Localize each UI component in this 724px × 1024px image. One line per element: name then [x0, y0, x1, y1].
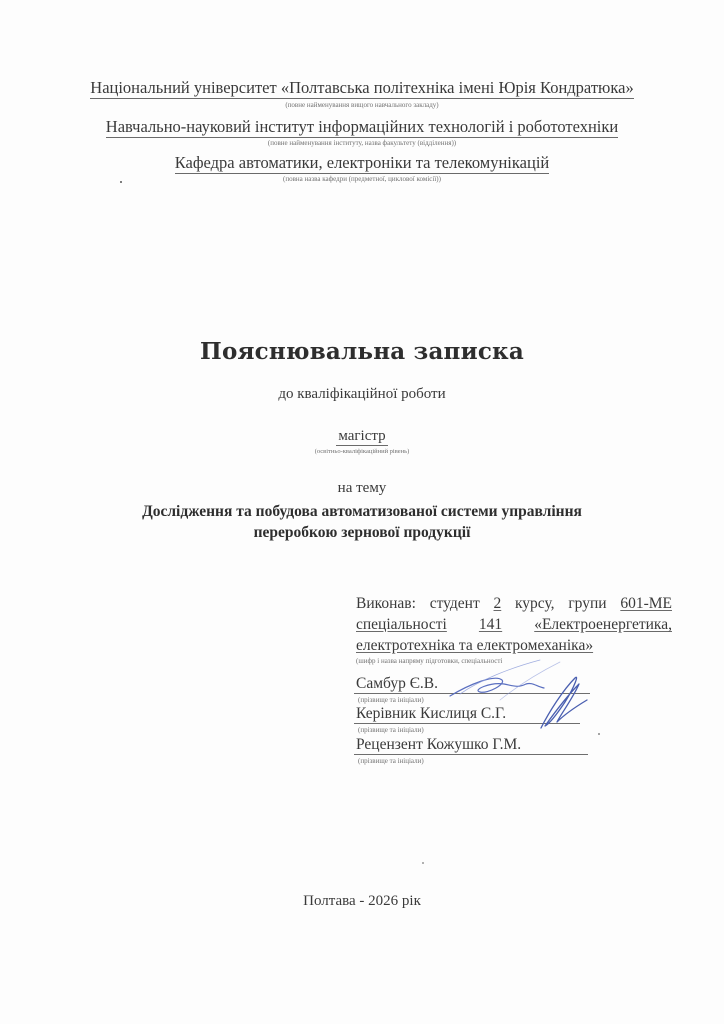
document-subtitle: до кваліфікаційної роботи: [0, 386, 724, 403]
author-line-1: Виконав: студент 2 курсу, групи 601-МЕ: [356, 593, 672, 614]
degree-value: магістр: [336, 428, 387, 446]
group-code: 601-МЕ: [620, 593, 672, 614]
institute-block: Навчально-науковий інститут інформаційни…: [0, 118, 724, 138]
label-completed: Виконав:: [356, 593, 416, 614]
institute-name: Навчально-науковий інститут інформаційни…: [106, 118, 618, 138]
department-hint: (повна назва кафедри (предметної, циклов…: [0, 175, 724, 184]
department-block: Кафедра автоматики, електроніки та телек…: [0, 154, 724, 174]
university-block: Національний університет «Полтавська пол…: [0, 79, 724, 99]
department-name: Кафедра автоматики, електроніки та телек…: [175, 154, 549, 174]
author-block: Виконав: студент 2 курсу, групи 601-МЕ с…: [356, 593, 672, 666]
label-group: групи: [568, 593, 606, 614]
specialty-name-part-2: електротехніка та електромеханіка»: [356, 637, 593, 654]
author-line-2: спеціальності 141 «Електроенергетика,: [356, 614, 672, 635]
specialty-name-part-1: «Електроенергетика,: [534, 614, 672, 635]
reviewer-hint: (прізвище та ініціали): [358, 757, 424, 766]
author-line-3: електротехніка та електромеханіка»: [356, 635, 672, 656]
supervisor-signature-icon: [535, 672, 595, 732]
student-name: Самбур Є.В.: [356, 675, 438, 693]
document-page: Національний університет «Полтавська пол…: [0, 0, 724, 1024]
specialty-code: 141: [479, 614, 502, 635]
topic-line-2: переробкою зернової продукції: [0, 523, 724, 543]
topic-line-1: Дослідження та побудова автоматизованої …: [0, 502, 724, 522]
degree-block: магістр: [0, 427, 724, 446]
scan-speck: [422, 862, 424, 864]
document-title: Пояснювальна записка: [0, 338, 724, 365]
city-year: Полтава - 2026 рік: [0, 893, 724, 910]
university-name: Національний університет «Полтавська пол…: [90, 79, 633, 99]
scan-speck: [120, 181, 122, 183]
degree-hint: (освітньо-кваліфікаційний рівень): [0, 447, 724, 456]
course-number: 2: [494, 593, 502, 614]
label-specialty: спеціальності: [356, 614, 447, 635]
university-hint: (повне найменування вищого навчального з…: [0, 101, 724, 110]
label-student: студент: [430, 593, 480, 614]
institute-hint: (повне найменування інституту, назва фак…: [0, 139, 724, 148]
reviewer-signature-line: [354, 754, 588, 755]
reviewer-name: Рецензент Кожушко Г.М.: [356, 736, 521, 754]
supervisor-hint: (прізвище та ініціали): [358, 726, 424, 735]
topic-label: на тему: [0, 480, 724, 497]
scan-speck: [598, 733, 600, 735]
supervisor-name: Керівник Кислиця С.Г.: [356, 705, 506, 723]
label-course: курсу,: [515, 593, 555, 614]
student-hint: (прізвище та ініціали): [358, 696, 424, 705]
